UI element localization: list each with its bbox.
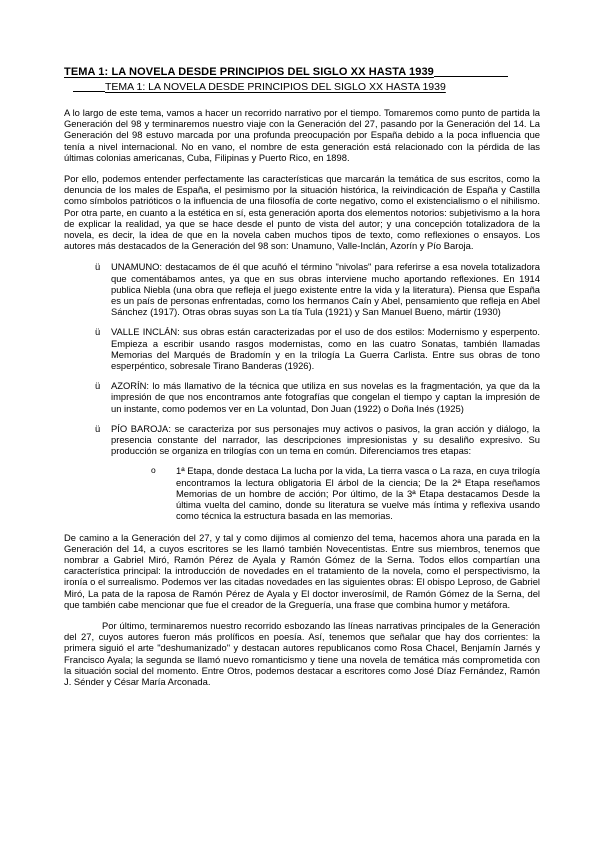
bullet-marker: ü <box>95 423 111 522</box>
list-item-text-content: PÍO BAROJA: se caracteriza por sus perso… <box>111 423 540 456</box>
list-item-unamuno: ü UNAMUNO: destacamos de él que acuñó el… <box>95 261 540 317</box>
bullet-marker: ü <box>95 380 111 414</box>
sub-bullet-marker: o <box>151 465 176 521</box>
paragraph-intro: A lo largo de este tema, vamos a hacer u… <box>64 107 540 163</box>
title-underline-extension <box>434 76 508 77</box>
list-item-text: UNAMUNO: destacamos de él que acuñó el t… <box>111 261 540 317</box>
sub-list-item-text: 1ª Etapa, donde destaca La lucha por la … <box>176 465 540 521</box>
author-bullet-list: ü UNAMUNO: destacamos de él que acuñó el… <box>95 261 540 521</box>
paragraph-generacion27: Por último, terminaremos nuestro recorri… <box>64 620 540 687</box>
subtitle-underline-lead <box>73 91 105 92</box>
page-title-text: TEMA 1: LA NOVELA DESDE PRINCIPIOS DEL S… <box>64 66 434 78</box>
list-item-text: PÍO BAROJA: se caracteriza por sus perso… <box>111 423 540 522</box>
title-block: TEMA 1: LA NOVELA DESDE PRINCIPIOS DEL S… <box>64 66 540 93</box>
document-page: TEMA 1: LA NOVELA DESDE PRINCIPIOS DEL S… <box>0 0 600 848</box>
page-title: TEMA 1: LA NOVELA DESDE PRINCIPIOS DEL S… <box>64 66 540 78</box>
list-item-text: AZORÍN: lo más llamativo de la técnica q… <box>111 380 540 414</box>
list-item-etapas: o 1ª Etapa, donde destaca La lucha por l… <box>151 465 540 521</box>
list-item-azorin: ü AZORÍN: lo más llamativo de la técnica… <box>95 380 540 414</box>
bullet-marker: ü <box>95 261 111 317</box>
etapas-sub-list: o 1ª Etapa, donde destaca La lucha por l… <box>151 465 540 521</box>
list-item-pio-baroja: ü PÍO BAROJA: se caracteriza por sus per… <box>95 423 540 522</box>
page-subtitle-text: TEMA 1: LA NOVELA DESDE PRINCIPIOS DEL S… <box>105 81 446 93</box>
page-subtitle: TEMA 1: LA NOVELA DESDE PRINCIPIOS DEL S… <box>73 81 540 93</box>
paragraph-caracteristicas: Por ello, podemos entender perfectamente… <box>64 173 540 251</box>
paragraph-generacion14: De camino a la Generación del 27, y tal … <box>64 532 540 610</box>
list-item-text: VALLE INCLÁN: sus obras están caracteriz… <box>111 326 540 371</box>
list-item-valle-inclan: ü VALLE INCLÁN: sus obras están caracter… <box>95 326 540 371</box>
bullet-marker: ü <box>95 326 111 371</box>
document-body: A lo largo de este tema, vamos a hacer u… <box>64 107 540 687</box>
